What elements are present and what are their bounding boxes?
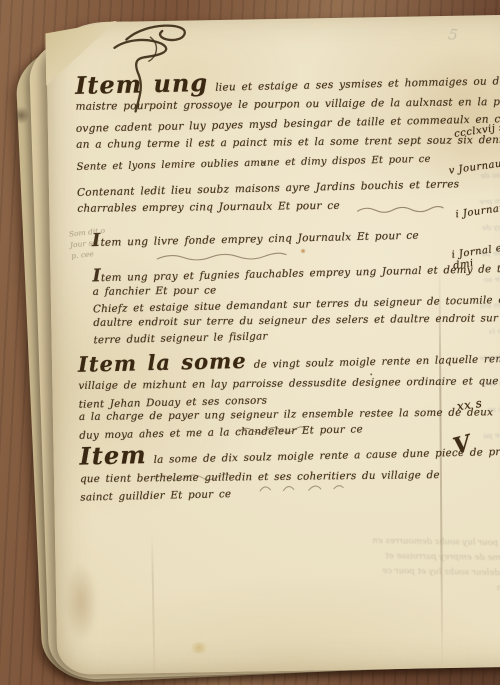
- wooden-desk-background: [0, 0, 500, 685]
